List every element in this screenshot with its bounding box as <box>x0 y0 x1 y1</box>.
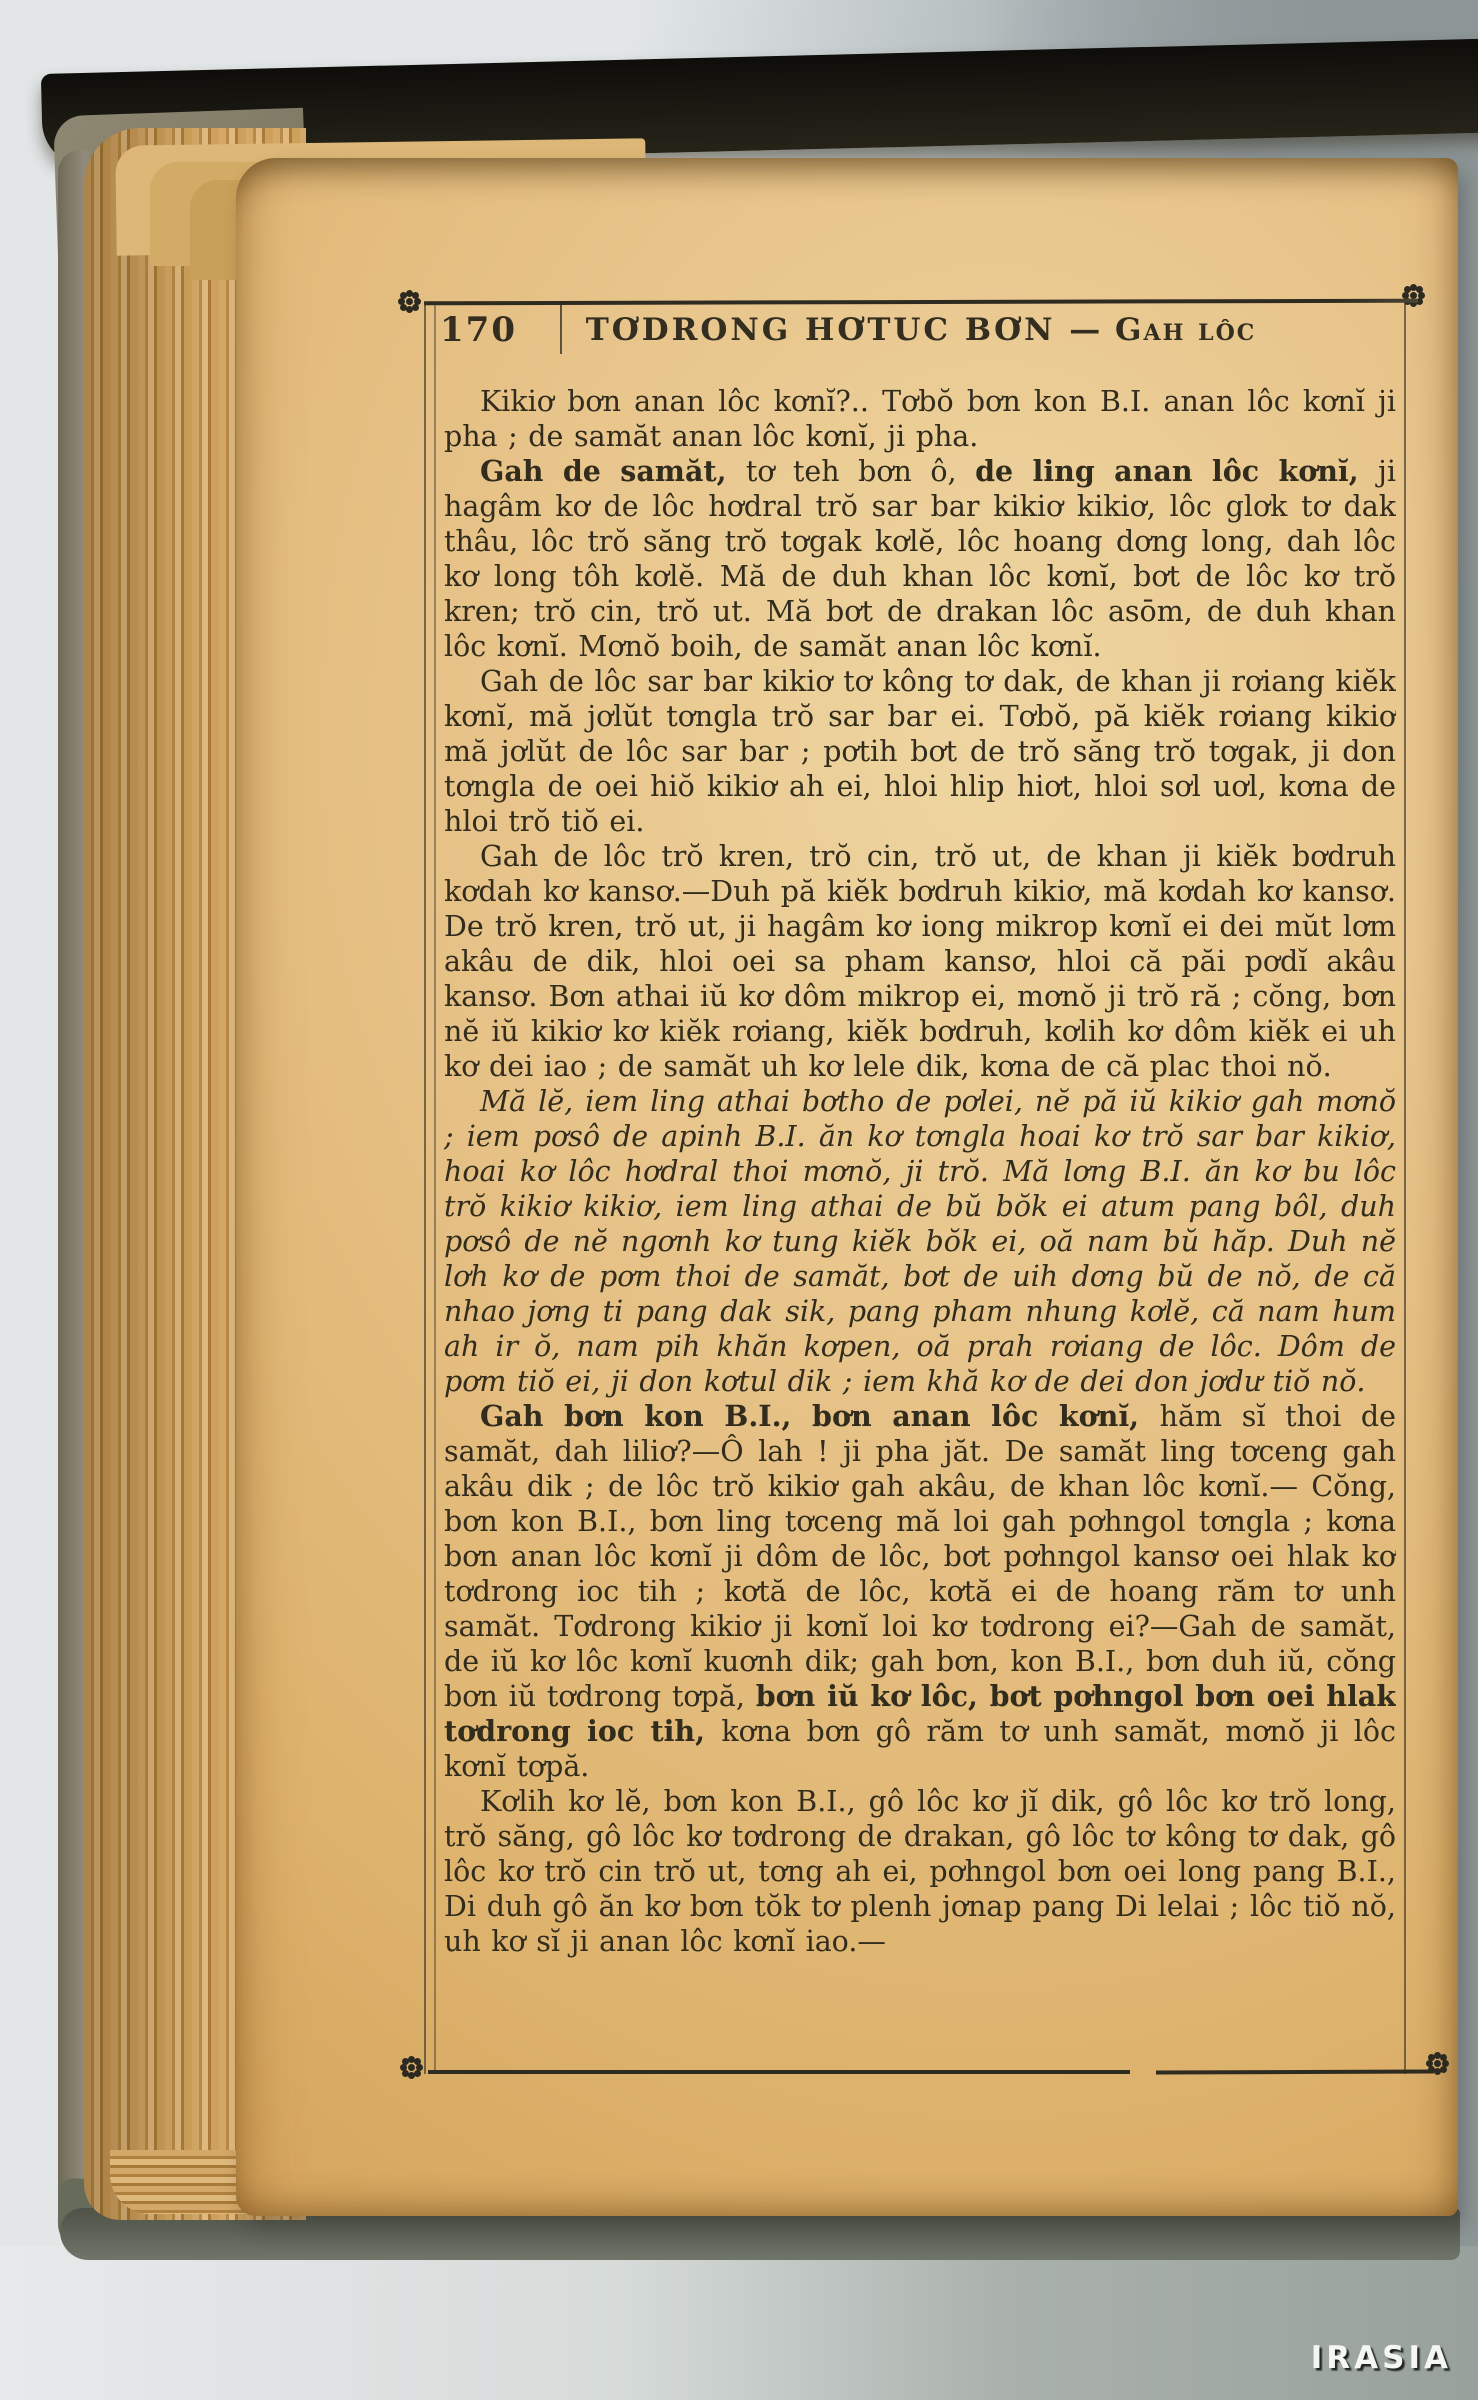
paragraph: Gah bơn kon B.I., bơn anan lôc kơnĭ, hăm… <box>444 1399 1396 1784</box>
paragraph: Kơlih kơ lĕ, bơn kon B.I., gô lôc kơ jĭ … <box>444 1784 1396 1959</box>
text-frame-left-rule <box>424 302 426 2074</box>
paragraph: Gah de lôc sar bar kikiơ tơ kông tơ dak,… <box>444 664 1396 839</box>
paragraph: Gah de lôc trŏ kren, trŏ cin, trŏ ut, de… <box>444 839 1396 1084</box>
running-header-title: TƠDRONG HƠTUC BƠN — Gah lôc <box>424 312 1418 348</box>
book-page: 170 TƠDRONG HƠTUC BƠN — Gah lôc Kikiơ bơ… <box>236 158 1458 2216</box>
header-rule <box>424 299 1418 306</box>
text-frame-right-rule <box>1404 302 1406 2074</box>
book-scan-scene: 170 TƠDRONG HƠTUC BƠN — Gah lôc Kikiơ bơ… <box>0 0 1478 2400</box>
page-text-block: Kikiơ bơn anan lôc kơnĭ?.. Tơbŏ bơn kon … <box>444 384 1396 2066</box>
rosette-ornament-icon <box>408 2064 415 2071</box>
rosette-ornament-icon <box>406 298 413 305</box>
watermark: IRASIA <box>1311 2340 1452 2376</box>
rosette-ornament-icon <box>1434 2060 1441 2067</box>
running-header-suffix: — Gah lôc <box>1069 312 1256 348</box>
footer-rule-right-segment <box>1156 2070 1434 2074</box>
running-header-main: TƠDRONG HƠTUC BƠN <box>586 312 1070 348</box>
text-frame-left-rule-inner <box>434 302 436 2074</box>
footer-rule-left-segment <box>428 2070 1130 2074</box>
paragraph: Gah de samăt, tơ teh bơn ô, de ling anan… <box>444 454 1396 664</box>
scanner-backdrop-bottom <box>0 2246 1478 2400</box>
paragraph: Kikiơ bơn anan lôc kơnĭ?.. Tơbŏ bơn kon … <box>444 384 1396 454</box>
paragraph: Mă lĕ, iem ling athai bơtho de pơlei, nĕ… <box>444 1084 1396 1399</box>
